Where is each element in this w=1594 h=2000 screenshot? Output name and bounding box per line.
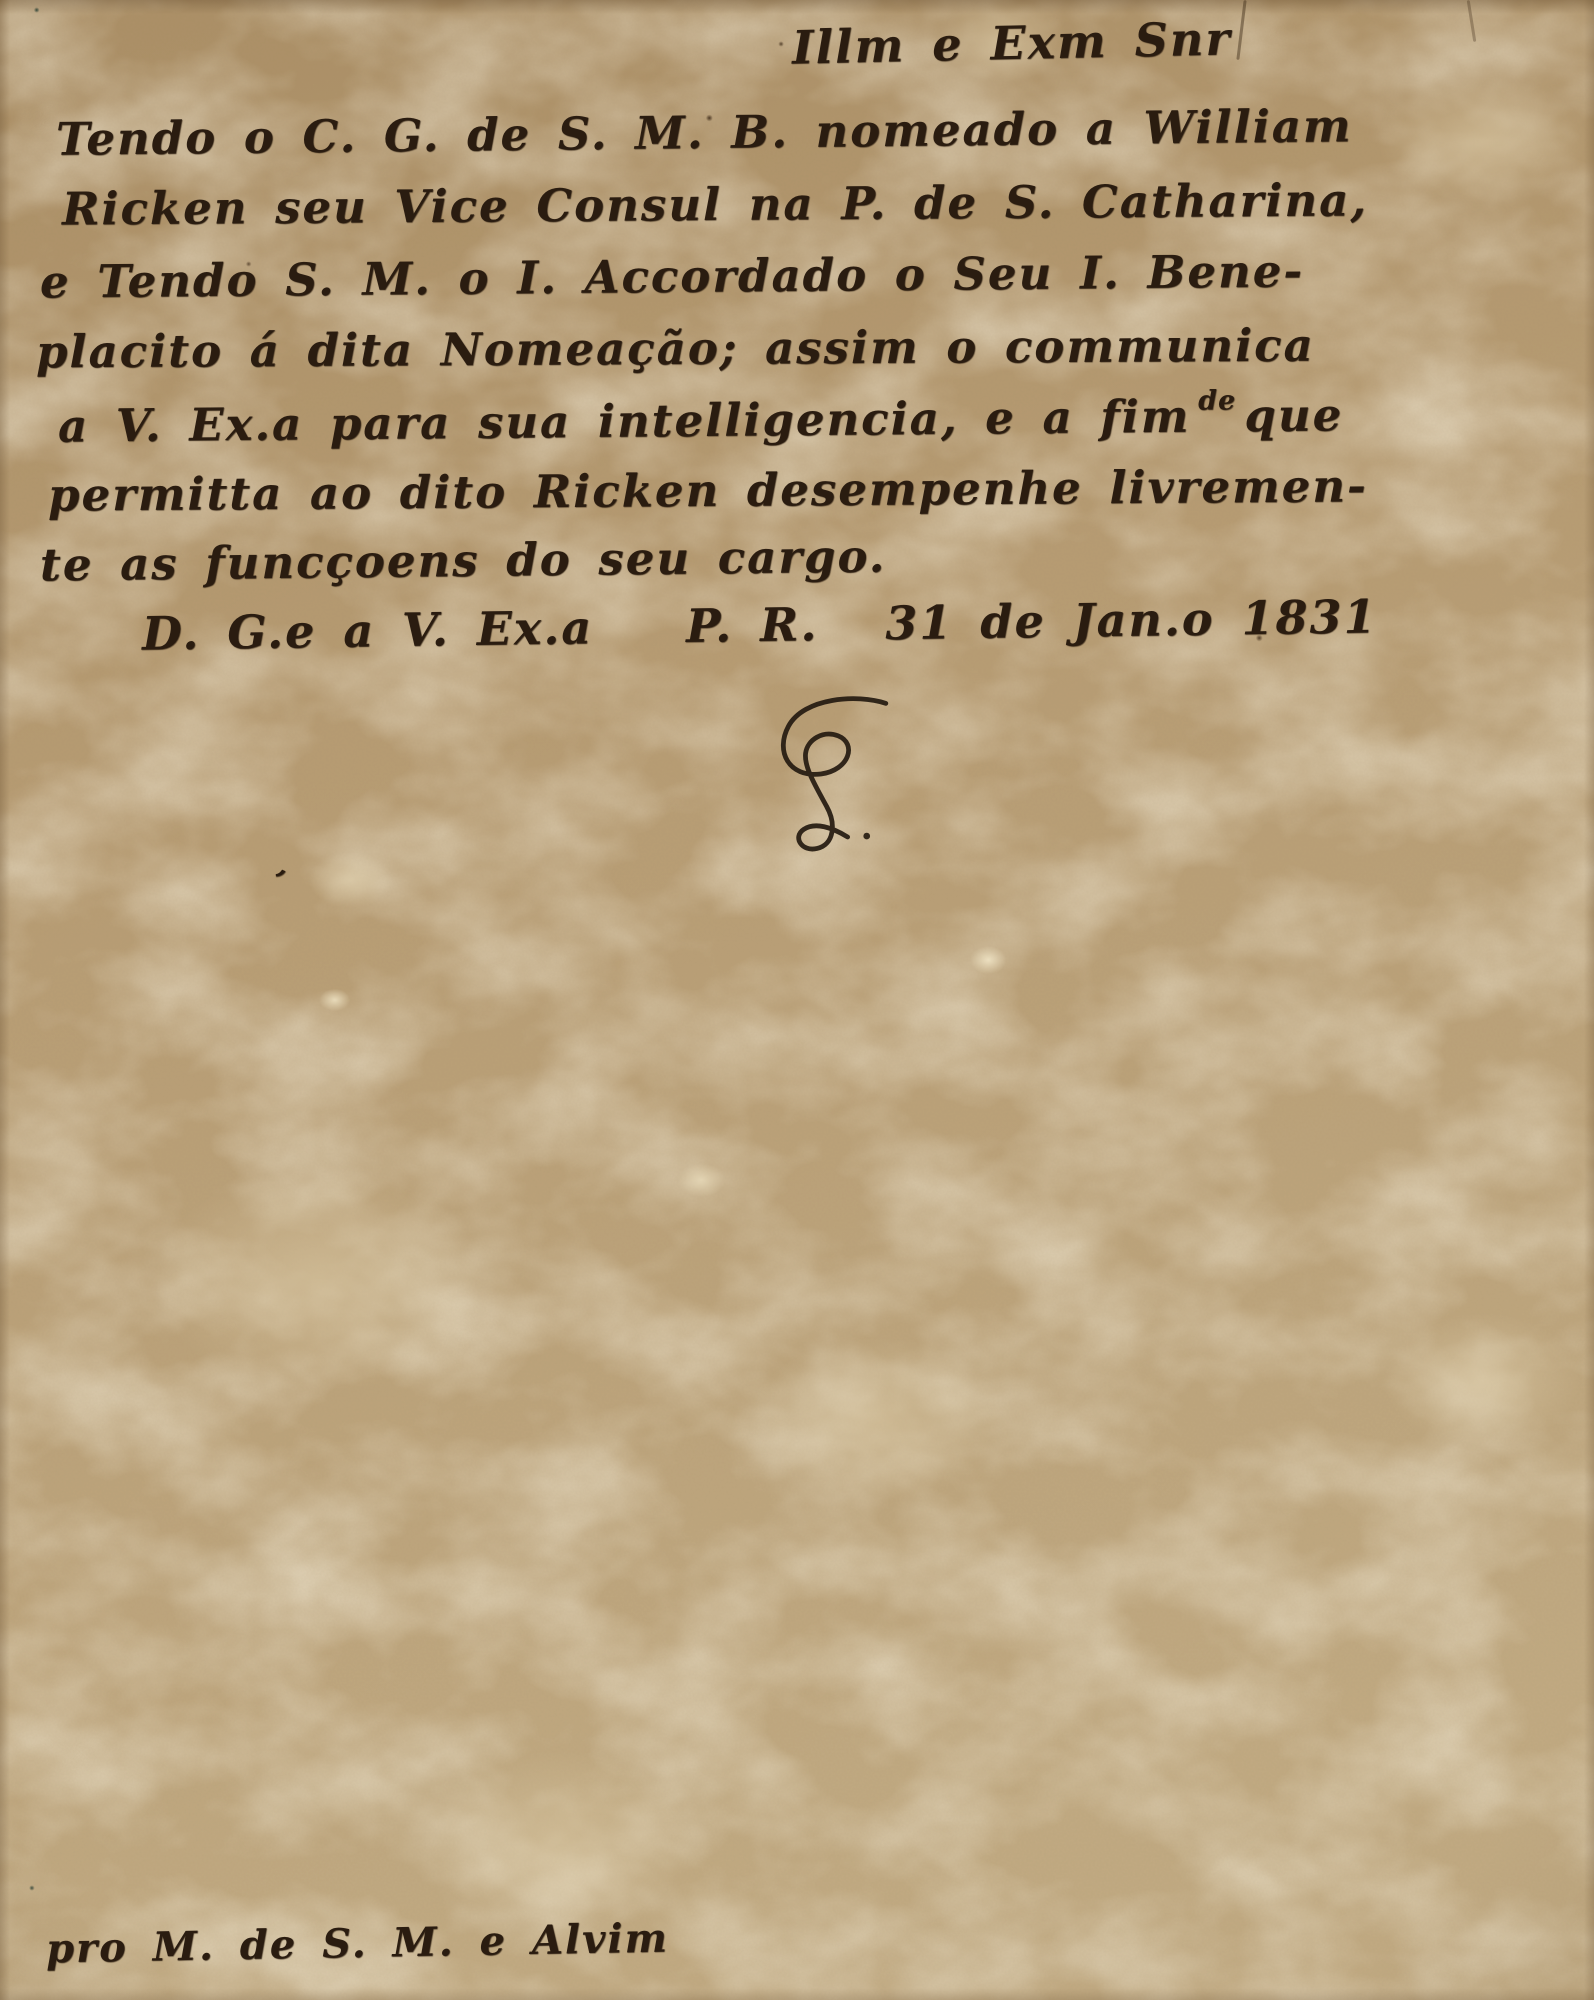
salutation: Illm e Exm Snr: [791, 11, 1232, 74]
body-line-6: permitta ao dito Ricken desempenhe livre…: [48, 459, 1368, 521]
body-line-5: a V. Ex.a para sua intelligencia, e a fi…: [58, 388, 1344, 452]
signature-flourish: [735, 692, 945, 877]
closing-formula: D. G.e a V. Ex.a: [142, 600, 594, 660]
body-line-5-pre: a V. Ex.a para sua intelligencia, e a fi…: [58, 390, 1191, 453]
body-line-2: Ricken seu Vice Consul na P. de S. Catha…: [62, 173, 1368, 235]
body-line-7: te as funcçoens do seu cargo.: [40, 530, 887, 592]
body-line-5-post: que: [1244, 388, 1343, 442]
body-line-3: e Tendo S. M. o I. Accordado o Seu I. Be…: [40, 244, 1304, 308]
body-line-4: placito á dita Nomeação; assim o communi…: [36, 319, 1315, 379]
date-text: 31 de Jan.o 1831: [885, 589, 1378, 650]
interline-insertion: de: [1198, 385, 1236, 416]
place-abbrev: P. R.: [686, 597, 819, 653]
manuscript-page: Illm e Exm Snr Tendo o C. G. de S. M. B.…: [0, 0, 1594, 2000]
